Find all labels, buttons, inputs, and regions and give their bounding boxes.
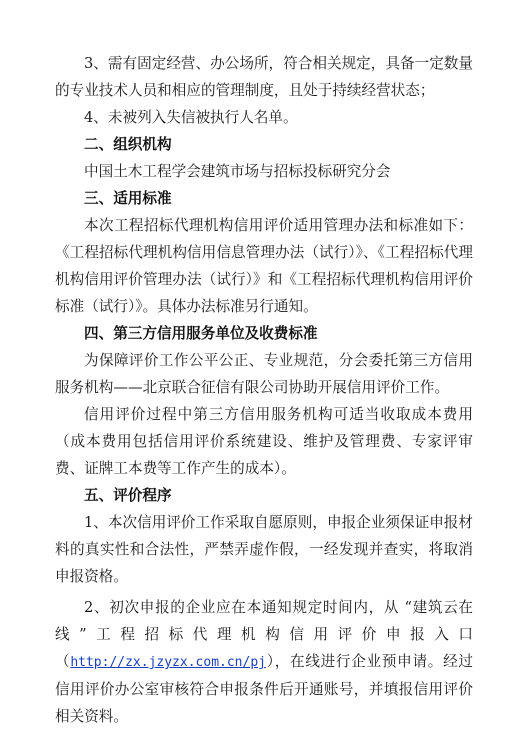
- paragraph-third-party: 为保障评价工作公平公正、专业规范，分会委托第三方信用服务机构——北京联合征信有限…: [55, 347, 473, 401]
- paragraph-procedure-1: 1、本次信用评价工作采取自愿原则，申报企业须保证申报材料的真实性和合法性，严禁弄…: [55, 509, 473, 590]
- heading-organization: 二、组织机构: [55, 131, 473, 158]
- paragraph-procedure-2: 2、初次申报的企业应在本通知规定时间内，从 “建筑云在线”工程招标代理机构信用评…: [55, 594, 473, 730]
- paragraph-requirement-3: 3、需有固定经营、办公场所，符合相关规定，具备一定数量的专业技术人员和相应的管理…: [55, 50, 473, 104]
- heading-standards: 三、适用标准: [55, 185, 473, 212]
- heading-third-party: 四、第三方信用服务单位及收费标准: [55, 320, 473, 347]
- paragraph-fees: 信用评价过程中第三方信用服务机构可适当收取成本费用（成本费用包括信用评价系统建设…: [55, 401, 473, 482]
- paragraph-standards: 本次工程招标代理机构信用评价适用管理办法和标准如下：《工程招标代理机构信用信息管…: [55, 212, 473, 320]
- heading-procedure: 五、评价程序: [55, 482, 473, 509]
- paragraph-organization: 中国土木工程学会建筑市场与招标投标研究分会: [55, 158, 473, 185]
- document-page: 3、需有固定经营、办公场所，符合相关规定，具备一定数量的专业技术人员和相应的管理…: [55, 50, 473, 730]
- paragraph-requirement-4: 4、未被列入失信被执行人名单。: [55, 104, 473, 131]
- application-portal-link[interactable]: http://zx.jzyzx.com.cn/pj: [70, 655, 266, 670]
